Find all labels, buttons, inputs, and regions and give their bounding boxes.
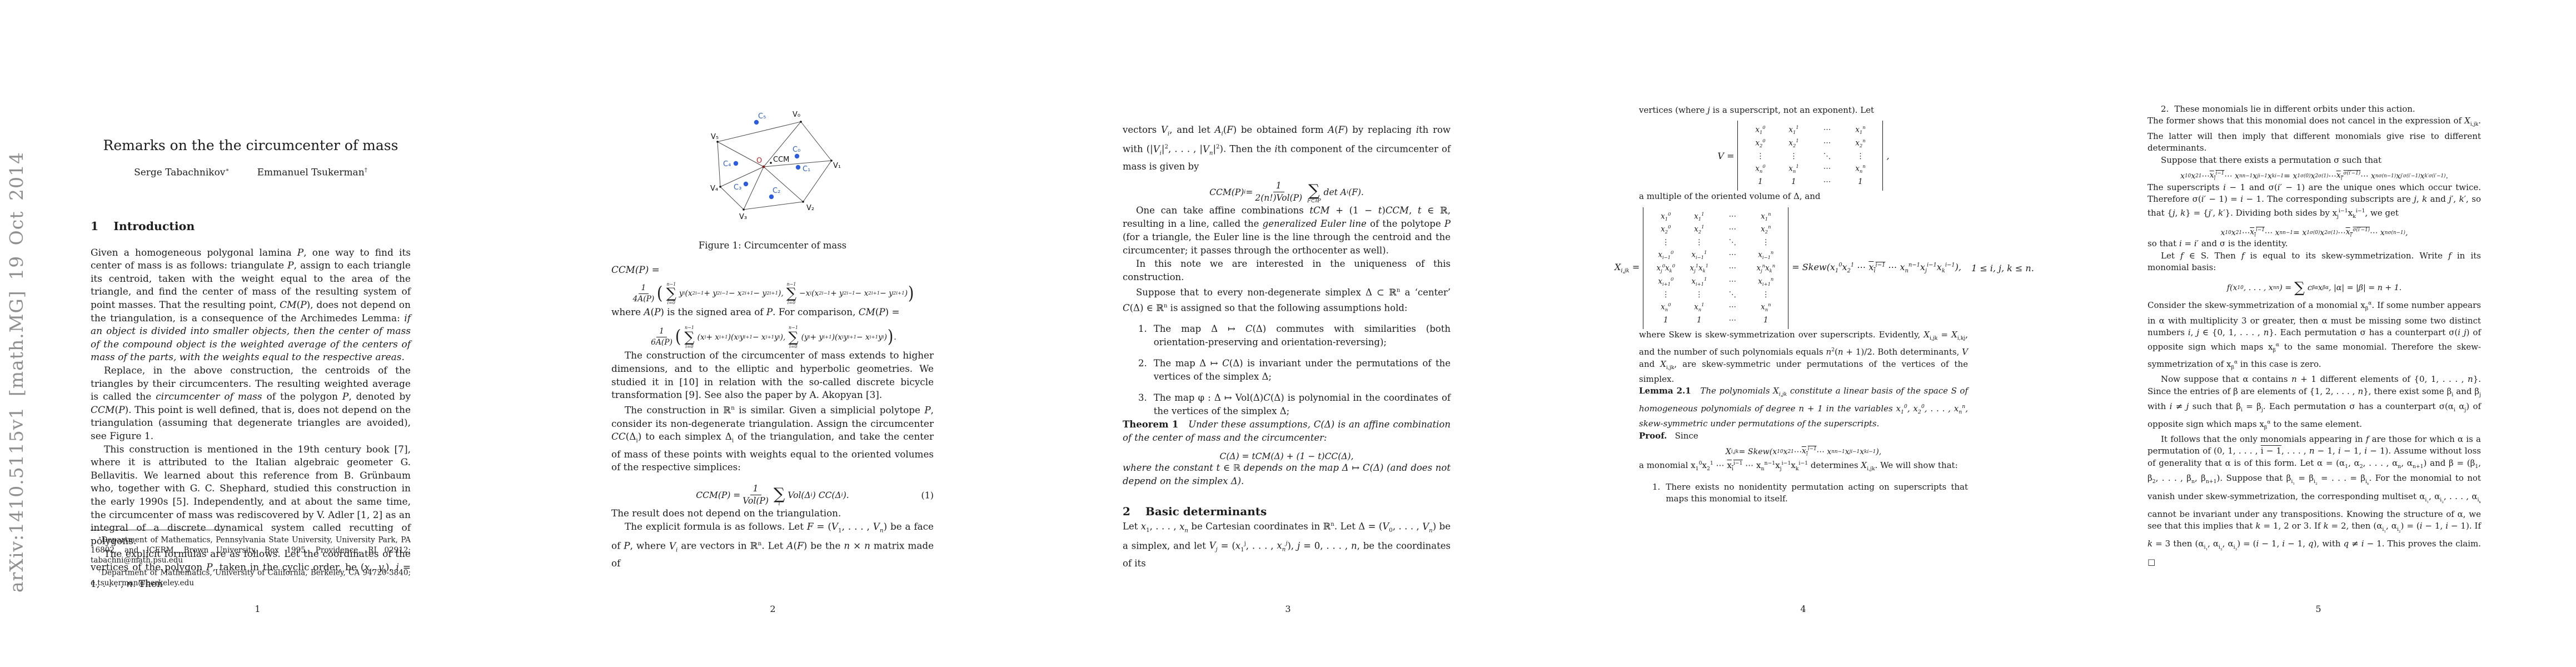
claim-1-number: 1. (1652, 481, 1660, 505)
label-ccm: CCM (773, 156, 789, 164)
page-1: arXiv:1410.5115v1 [math.MG] 19 Oct 2014 … (0, 0, 515, 667)
circumcenter-labels: C₀ C₁ C₂ C₃ C₄ C₅ (723, 112, 810, 195)
footnote-rule (91, 530, 224, 530)
polygon-edges (718, 122, 831, 210)
center-o-dot (763, 166, 765, 168)
paragraph-now-suppose: Now suppose that α contains n + 1 differ… (2148, 374, 2481, 434)
page-5: 2. These monomials lie in different orbi… (2061, 0, 2576, 667)
paragraph-former: The former shows that this monomial does… (2148, 115, 2481, 154)
page-2-column: V₀ V₁ V₂ V₃ V₄ V₅ C₀ C₁ C₂ C₃ C₄ C₅ (611, 106, 934, 570)
page-1-column: Remarks on the the circumcenter of mass … (91, 137, 411, 591)
paragraph-p2-3: The result does not depend on the triang… (611, 507, 934, 520)
label-c4: C₄ (723, 160, 731, 168)
author-2: Emmanuel Tsukerman† (257, 167, 367, 178)
label-v2: V₂ (806, 204, 814, 212)
eq-ccm-lead: CCM(P) = (611, 264, 934, 275)
paragraph-suppose: Suppose that to every non-degenerate sim… (1123, 284, 1451, 315)
proof-since: Since (1675, 431, 1698, 441)
claim-1: 1. There exists no nonidentity permutati… (1639, 481, 1968, 505)
assumption-1-number: 1. (1138, 322, 1147, 349)
page-2: V₀ V₁ V₂ V₃ V₄ V₅ C₀ C₁ C₂ C₃ C₄ C₅ (515, 0, 1030, 667)
label-c2: C₂ (773, 187, 780, 195)
paragraph-p2-2: The construction in ℝn is similar. Given… (611, 402, 934, 474)
page-number-1: 1 (0, 604, 515, 614)
author-1: Serge Tabachnikov∗ (134, 167, 230, 178)
label-v1: V₁ (833, 162, 841, 170)
assumption-3: 3. The map φ : Δ ↦ Vol(Δ)C(Δ) is polynom… (1123, 391, 1451, 418)
eq-f-monomial-basis: f(x10, . . . , xnn) = ∑ cβα xβα, |α| = |… (2148, 278, 2481, 298)
label-v5: V₅ (711, 133, 719, 141)
paragraph-intro-1: Given a homogeneous polygonal lamina P, … (91, 247, 411, 365)
paragraph-euler-line: One can take affine combinations tCM + (… (1123, 204, 1451, 257)
paper-title: Remarks on the the circumcenter of mass (91, 137, 411, 153)
label-o: O (756, 157, 762, 165)
footnotes: ∗Department of Mathematics, Pennsylvania… (91, 532, 411, 588)
paragraph-superscripts: The superscripts i − 1 and σ(i′ − 1) are… (2148, 182, 2481, 223)
dot-c1 (796, 165, 800, 170)
claim-2: 2. These monomials lie in different orbi… (2148, 103, 2481, 115)
eq-cm-2d: 16A(P) ( n−1∑i=0 (xi + xi+1)(xiyi+1 − xi… (597, 325, 948, 349)
paragraph-monomial: a monomial x10x21 ⋯ xii−1 ⋯ xnn−1xji−1xk… (1639, 457, 1968, 475)
dot-c4 (734, 161, 738, 166)
paragraph-skew: where Skew is skew-symmetrization over s… (1639, 329, 1968, 386)
eq-x-matrix: Xi,jk = x10x11⋯x1nx20x21⋯x2n⋮⋮⋱⋮xi−10xi−… (1615, 207, 1968, 329)
spoke-v3 (744, 167, 764, 210)
paragraph-multiple: a multiple of the oriented volume of Δ, … (1639, 191, 1968, 202)
theorem-1: Theorem 1 Under these assumptions, C(Δ) … (1123, 418, 1451, 445)
circumcenter-figure: V₀ V₁ V₂ V₃ V₄ V₅ C₀ C₁ C₂ C₃ C₄ C₅ (710, 107, 845, 228)
lemma-2-1: Lemma 2.1 The polynomials Xi,jk constitu… (1639, 385, 1968, 430)
v-determinant: x10x11⋯x1nx20x21⋯x2n⋮⋮⋱⋮xn0xn1⋯xnn11⋯1 (1737, 121, 1883, 191)
x-matrix-skew: = Skew(x10x21 ⋯ xii−1 ⋯ xnn−1xji−1xki−1)… (1792, 262, 1961, 274)
circumcenter-dots (734, 120, 800, 199)
figure-caption: Figure 1: Circumcenter of mass (611, 240, 934, 251)
page-3-column: vectors Vi, and let Ai(F) be obtained fo… (1123, 123, 1451, 570)
proof-lead: Proof. Since (1639, 430, 1968, 442)
footnote-1: ∗Department of Mathematics, Pennsylvania… (91, 532, 411, 565)
assumption-2-number: 2. (1138, 357, 1147, 384)
paragraph-identity: so that i = i′ and σ is the identity. (2148, 238, 2481, 250)
label-c1: C₁ (803, 165, 810, 173)
page-3: vectors Vi, and let Ai(F) be obtained fo… (1030, 0, 1546, 667)
x-matrix-condition: 1 ≤ i, j, k ≤ n. (1971, 263, 2034, 273)
label-v3: V₃ (739, 213, 747, 221)
arxiv-watermark: arXiv:1410.5115v1 [math.MG] 19 Oct 2014 (6, 152, 27, 593)
spoke-v4 (720, 167, 764, 187)
paragraph-p3-1: vectors Vi, and let Ai(F) be obtained fo… (1123, 123, 1451, 173)
dot-c3 (744, 182, 748, 186)
eq-xijk-skew: Xi,jk = Skew(x10x21 ⋯ xii−1 ⋯ xnn−1xji−1… (1639, 446, 1968, 457)
eq-ccm-2d: 14A(P) ( n−1∑i=0 yi(x2i−1 + y2i−1 − x2i+… (597, 282, 948, 306)
theorem-1-head: Theorem 1 (1123, 419, 1178, 430)
dot-c0 (795, 154, 799, 158)
paragraph-consider: Consider the skew-symmetrization of a mo… (2148, 297, 2481, 374)
dot-c5 (754, 120, 759, 125)
assumption-2-text: The map Δ ↦ C(Δ) is invariant under the … (1154, 357, 1451, 384)
eq-ccm-component: CCM(P)i = 12(n!)Vol(P) ∑F⊂∂P det Ai(F). (1123, 180, 1451, 204)
paragraph-vertices: vertices (where j is a superscript, not … (1639, 104, 1968, 116)
page-4-column: vertices (where j is a superscript, not … (1639, 104, 1968, 505)
paragraph-let-f: Let f ∈ S. Then f is equal to its skew-s… (2148, 250, 2481, 274)
line-where: where A(P) is the signed area of P. For … (611, 306, 934, 319)
proof-head: Proof. (1639, 431, 1667, 441)
paragraph-p2-4: The explicit formula is as follows. Let … (611, 520, 934, 570)
eq-divided: x10x21 ⋯ xii−1 ⋯ xnn−1 = x1σ(0)x2σ(1) ⋯ … (2148, 227, 2481, 238)
section-2-title: Basic determinants (1145, 505, 1267, 518)
v-matrix-comma: , (1886, 151, 1889, 161)
claim-2-text: These monomials lie in different orbits … (2174, 103, 2415, 115)
ccm-dot (770, 162, 772, 164)
section-1-number: 1 (91, 220, 98, 233)
eq-number-1: (1) (921, 490, 934, 500)
page-number-3: 3 (1030, 604, 1546, 614)
page-number-2: 2 (515, 604, 1030, 614)
eq-ccm-general-body: CCM(P) = 1Vol(P) ∑i Vol(Δi) CC(Δi). (696, 483, 849, 507)
section-1-title: Introduction (113, 220, 195, 233)
eq-ccm-general: CCM(P) = 1Vol(P) ∑i Vol(Δi) CC(Δi). (1) (611, 483, 934, 507)
assumption-1-text: The map Δ ↦ C(Δ) commutes with similarit… (1154, 322, 1451, 349)
paragraph-suppose-perm: Suppose that there exists a permutation … (2148, 155, 2481, 166)
assumption-3-text: The map φ : Δ ↦ Vol(Δ)C(Δ) is polynomial… (1154, 391, 1451, 418)
claim-2-number: 2. (2161, 103, 2169, 115)
footnote-2: †Department of Mathematics, University o… (91, 565, 411, 588)
paragraph-p2-1: The construction of the circumcenter of … (611, 349, 934, 402)
v-matrix-lead: V = (1717, 151, 1734, 161)
paragraph-coordinates: Let x1, . . . , xn be Cartesian coordina… (1123, 518, 1451, 570)
assumption-3-number: 3. (1138, 391, 1147, 418)
section-heading-1: 1 Introduction (91, 220, 411, 233)
assumption-1: 1. The map Δ ↦ C(Δ) commutes with simila… (1123, 322, 1451, 349)
label-c0: C₀ (793, 146, 800, 154)
page-number-4: 4 (1546, 604, 2061, 614)
paragraph-intro-2: Replace, in the above construction, the … (91, 365, 411, 444)
eq-monomial-permutation: x10x21 ⋯ xii−1 ⋯ xnn−1xji−1xki−1 = x1σ(0… (2148, 171, 2481, 182)
x-determinant: x10x11⋯x1nx20x21⋯x2n⋮⋮⋱⋮xi−10xi−11⋯xi−1n… (1643, 207, 1788, 329)
section-heading-2: 2 Basic determinants (1123, 505, 1451, 518)
paragraph-note: In this note we are interested in the un… (1123, 257, 1451, 284)
assumption-2: 2. The map Δ ↦ C(Δ) is invariant under t… (1123, 357, 1451, 384)
figure-1: V₀ V₁ V₂ V₃ V₄ V₅ C₀ C₁ C₂ C₃ C₄ C₅ (611, 106, 934, 232)
x-matrix-lead: Xi,jk = (1615, 262, 1640, 274)
label-v0: V₀ (793, 111, 800, 119)
lemma-2-1-head: Lemma 2.1 (1639, 386, 1691, 396)
page-4: vertices (where j is a superscript, not … (1546, 0, 2061, 667)
eq-affine-combination: C(Δ) = tCM(Δ) + (1 − t)CC(Δ), (1123, 451, 1451, 461)
section-2-number: 2 (1123, 505, 1130, 518)
page-number-5: 5 (2061, 604, 2576, 614)
label-c3: C₃ (734, 183, 741, 192)
author-line: Serge Tabachnikov∗ Emmanuel Tsukerman† (91, 167, 411, 178)
paragraph-it-follows: It follows that the only monomials appea… (2148, 434, 2481, 568)
page-5-column: 2. These monomials lie in different orbi… (2148, 103, 2481, 568)
dot-c2 (769, 195, 774, 199)
theorem-1-continuation: where the constant t ∈ ℝ depends on the … (1123, 461, 1451, 488)
paper-montage: arXiv:1410.5115v1 [math.MG] 19 Oct 2014 … (0, 0, 2576, 667)
eq-v-matrix: V = x10x11⋯x1nx20x21⋯x2n⋮⋮⋱⋮xn0xn1⋯xnn11… (1639, 121, 1968, 191)
claim-1-text: There exists no nonidentity permutation … (1666, 481, 1968, 505)
label-v4: V₄ (710, 185, 718, 193)
label-c5: C₅ (758, 112, 766, 121)
